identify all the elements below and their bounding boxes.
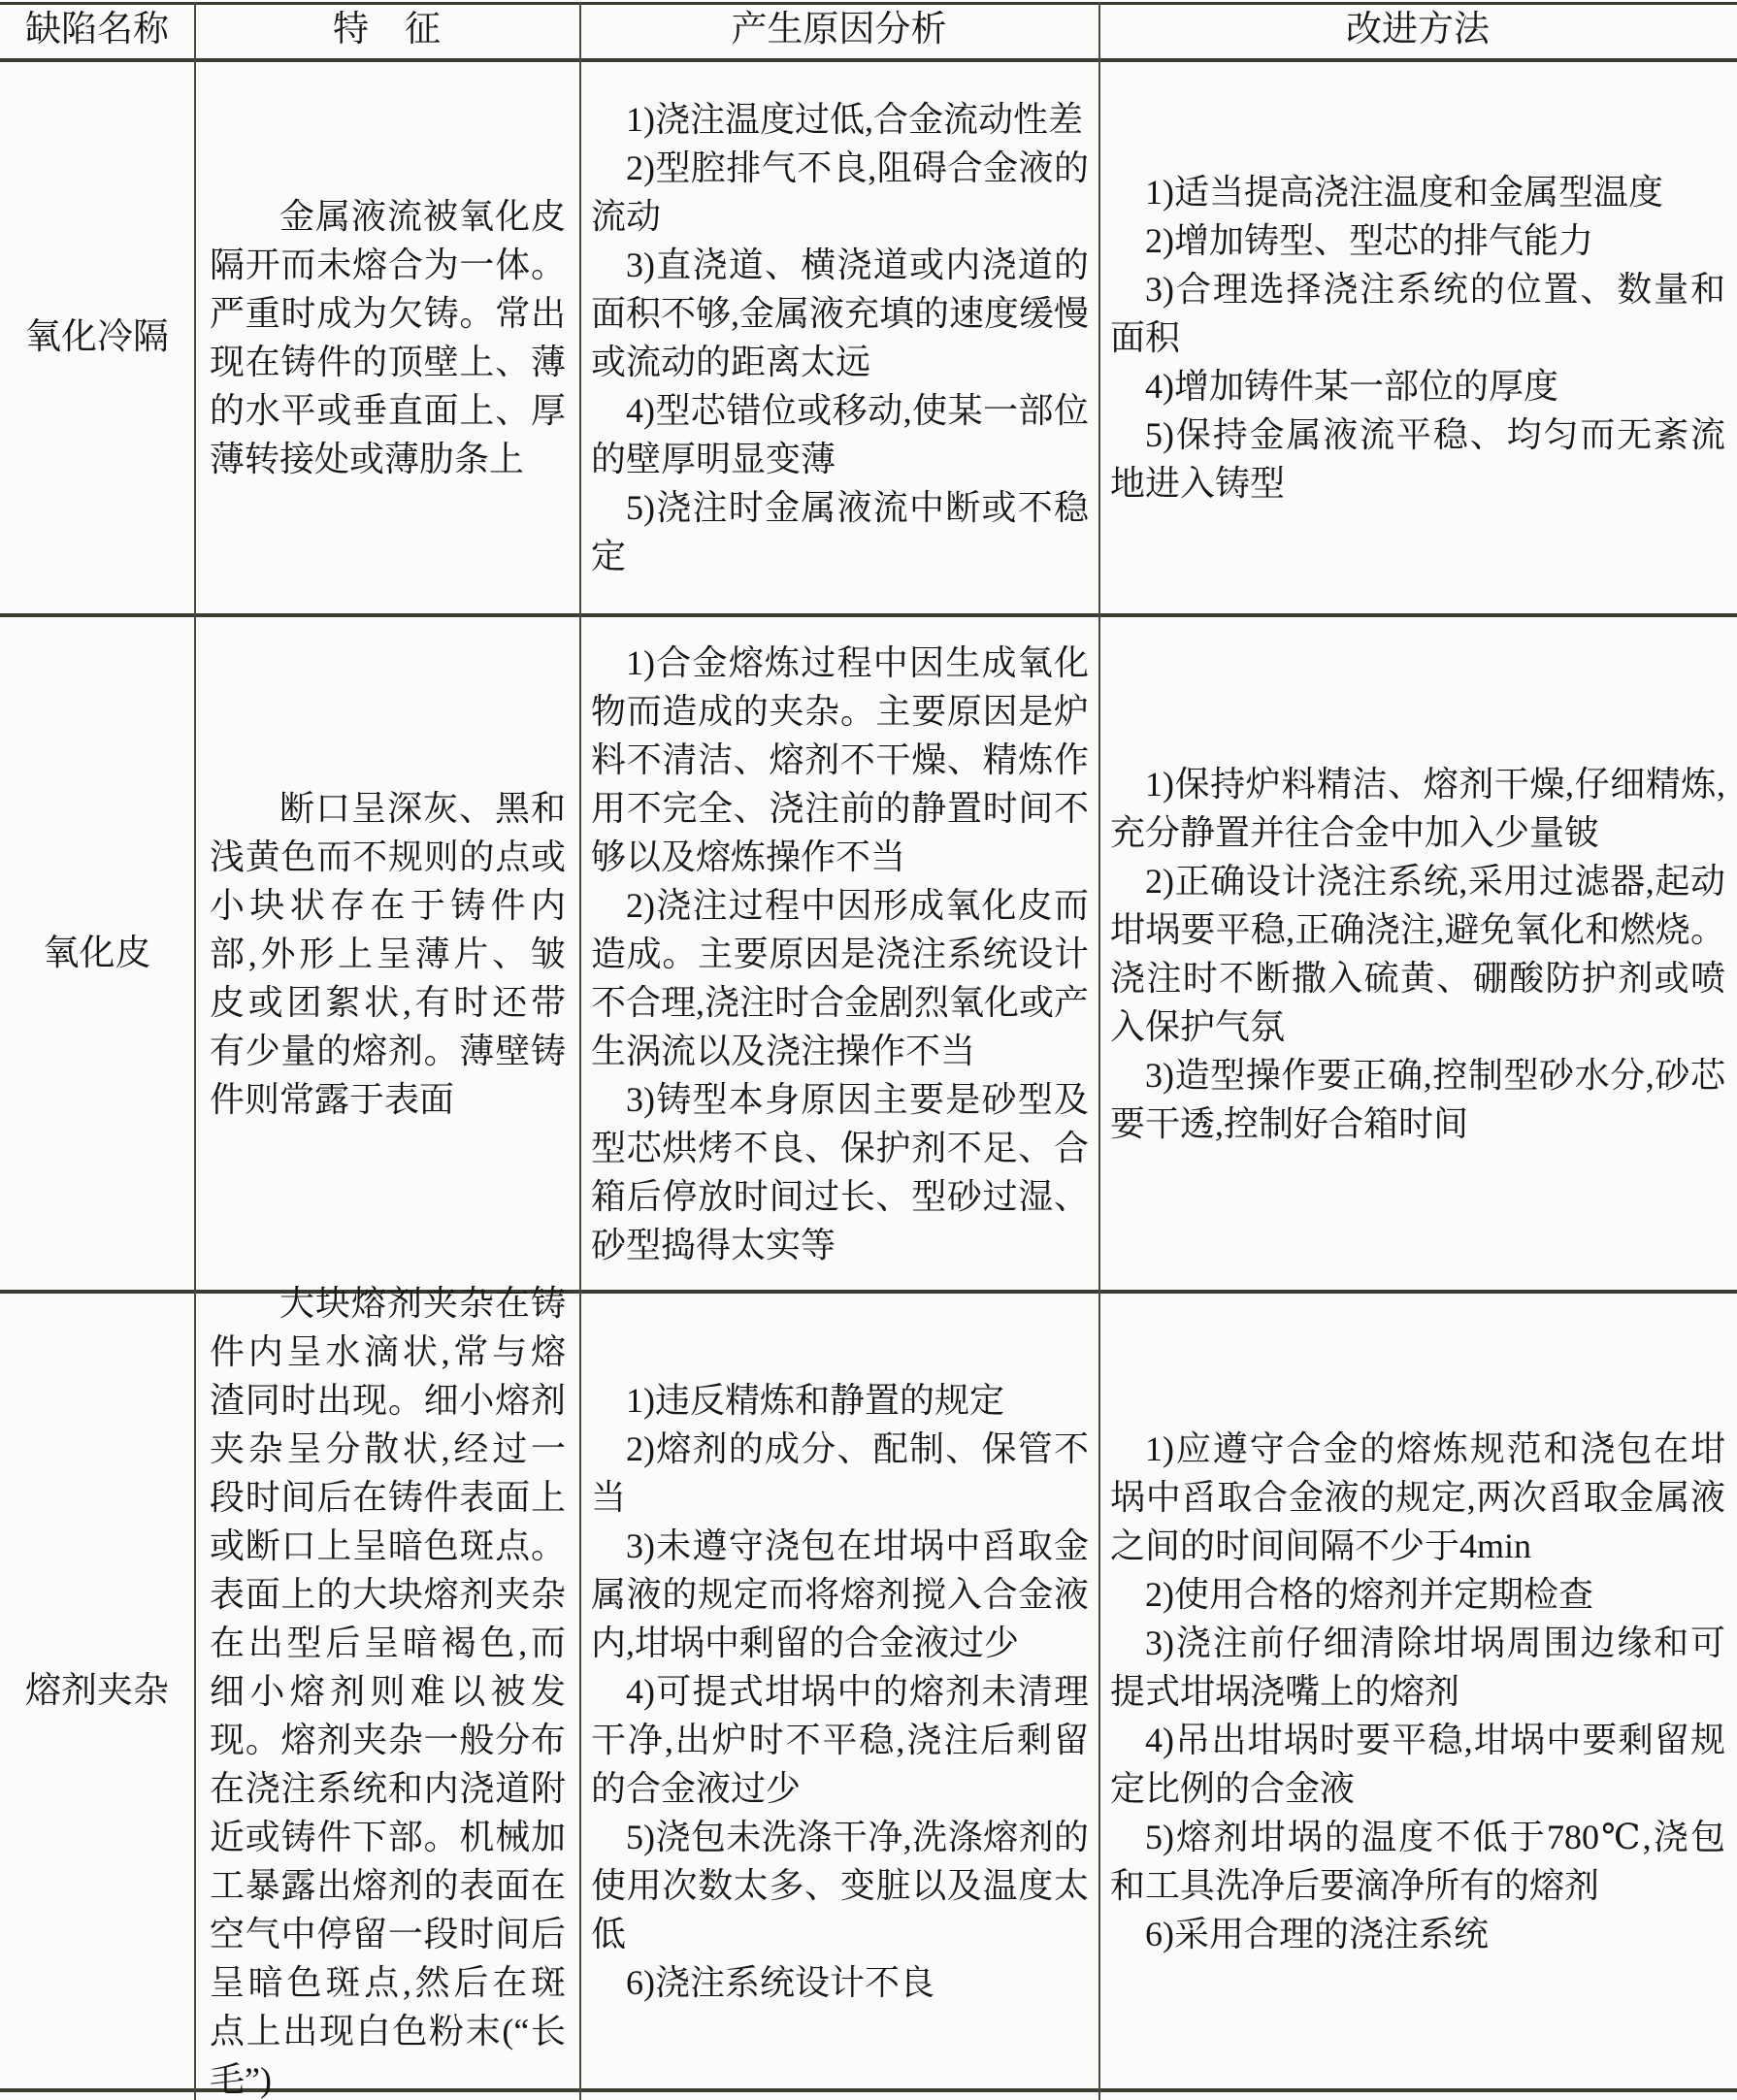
- row2-defect-name: 氧化皮: [44, 932, 151, 976]
- cause-item: 1)浇注温度过低,合金流动性差: [591, 95, 1089, 144]
- header-cell-improvement: 改进方法: [1098, 2, 1737, 58]
- cause-item: 3)未遵守浇包在坩埚中舀取金属液的规定而将熔剂搅入合金液内,坩埚中剩留的合金液过…: [591, 1522, 1089, 1667]
- cause-item: 5)浇注时金属液流中断或不稳定: [591, 483, 1089, 580]
- cause-item: 3)铸型本身原因主要是砂型及型芯烘烤不良、保护剂不足、合箱后停放时间过长、型砂过…: [591, 1075, 1089, 1269]
- improvement-item: 6)采用合理的浇注系统: [1110, 1910, 1725, 1958]
- improvement-item: 2)使用合格的熔剂并定期检查: [1110, 1570, 1725, 1619]
- improvement-item: 4)增加铸件某一部位的厚度: [1110, 362, 1725, 410]
- cause-item: 2)熔剂的成分、配制、保管不当: [591, 1425, 1089, 1522]
- header-cell-cause-analysis: 产生原因分析: [579, 2, 1098, 58]
- row1-causes-cell: 1)浇注温度过低,合金流动性差 2)型腔排气不良,阻碍合金液的流动 3)直浇道、…: [579, 62, 1098, 613]
- cause-item: 2)型腔排气不良,阻碍合金液的流动: [591, 144, 1089, 241]
- improvement-item: 2)正确设计浇注系统,采用过滤器,起动坩埚要平稳,正确浇注,避免氧化和燃烧。浇注…: [1110, 857, 1725, 1051]
- header-cell-defect-name: 缺陷名称: [0, 2, 194, 58]
- header-defect-name-label: 缺陷名称: [25, 11, 169, 49]
- improvement-item: 2)增加铸型、型芯的排气能力: [1110, 216, 1725, 265]
- improvement-item: 3)造型操作要正确,控制型砂水分,砂芯要干透,控制好合箱时间: [1110, 1051, 1725, 1148]
- header-cause-analysis-label: 产生原因分析: [732, 11, 947, 49]
- cause-item: 1)合金熔炼过程中因生成氧化物而造成的夹杂。主要原因是炉料不清洁、熔剂不干燥、精…: [591, 639, 1089, 881]
- row2-feature-cell: 断口呈深灰、黑和浅黄色而不规则的点或小块状存在于铸件内部,外形上呈薄片、皱皮或团…: [194, 617, 579, 1290]
- row1-feature-cell: 金属液流被氧化皮隔开而未熔合为一体。严重时成为欠铸。常出现在铸件的顶壁上、薄的水…: [194, 62, 579, 613]
- improvement-item: 3)合理选择浇注系统的位置、数量和面积: [1110, 265, 1725, 362]
- cause-item: 4)型芯错位或移动,使某一部位的壁厚明显变薄: [591, 386, 1089, 483]
- row2-improvements-cell: 1)保持炉料精洁、熔剂干燥,仔细精炼,充分静置并往合金中加入少量铍 2)正确设计…: [1098, 617, 1737, 1290]
- row3-feature-cell: 大块熔剂夹杂在铸件内呈水滴状,常与熔渣同时出现。细小熔剂夹杂呈分散状,经过一段时…: [194, 1294, 579, 2088]
- cause-item: 5)浇包未洗涤干净,洗涤熔剂的使用次数太多、变脏以及温度太低: [591, 1813, 1089, 1958]
- row1-feature-text: 金属液流被氧化皮隔开而未熔合为一体。严重时成为欠铸。常出现在铸件的顶壁上、薄的水…: [210, 192, 566, 483]
- cause-item: 4)可提式坩埚中的熔剂未清理干净,出炉时不平稳,浇注后剩留的合金液过少: [591, 1667, 1089, 1813]
- cause-item: 3)直浇道、横浇道或内浇道的面积不够,金属液充填的速度缓慢或流动的距离太远: [591, 241, 1089, 386]
- improvement-item: 1)保持炉料精洁、熔剂干燥,仔细精炼,充分静置并往合金中加入少量铍: [1110, 760, 1725, 857]
- row3-improvements-cell: 1)应遵守合金的熔炼规范和浇包在坩埚中舀取合金液的规定,两次舀取金属液之间的时间…: [1098, 1294, 1737, 2088]
- improvement-item: 1)适当提高浇注温度和金属型温度: [1110, 168, 1725, 216]
- row3-feature-text: 大块熔剂夹杂在铸件内呈水滴状,常与熔渣同时出现。细小熔剂夹杂呈分散状,经过一段时…: [210, 1279, 566, 2100]
- header-improvement-label: 改进方法: [1346, 11, 1490, 49]
- row3-causes-cell: 1)违反精炼和静置的规定 2)熔剂的成分、配制、保管不当 3)未遵守浇包在坩埚中…: [579, 1294, 1098, 2088]
- improvement-item: 4)吊出坩埚时要平稳,坩埚中要剩留规定比例的合金液: [1110, 1716, 1725, 1813]
- row3-defect-name-cell: 熔剂夹杂: [0, 1294, 194, 2088]
- cause-item: 6)浇注系统设计不良: [591, 1958, 1089, 2007]
- row2-feature-text: 断口呈深灰、黑和浅黄色而不规则的点或小块状存在于铸件内部,外形上呈薄片、皱皮或团…: [210, 784, 566, 1124]
- improvement-item: 1)应遵守合金的熔炼规范和浇包在坩埚中舀取合金液的规定,两次舀取金属液之间的时间…: [1110, 1425, 1725, 1570]
- improvement-item: 3)浇注前仔细清除坩埚周围边缘和可提式坩埚浇嘴上的熔剂: [1110, 1619, 1725, 1716]
- cause-item: 1)违反精炼和静置的规定: [591, 1376, 1089, 1425]
- header-feature-label: 特 征: [333, 11, 441, 49]
- row1-defect-name: 氧化冷隔: [25, 315, 169, 360]
- improvement-item: 5)熔剂坩埚的温度不低于780℃,浇包和工具洗净后要滴净所有的熔剂: [1110, 1813, 1725, 1910]
- row1-defect-name-cell: 氧化冷隔: [0, 62, 194, 613]
- row3-defect-name: 熔剂夹杂: [25, 1669, 169, 1714]
- improvement-item: 5)保持金属液流平稳、均匀而无紊流地进入铸型: [1110, 410, 1725, 508]
- row1-improvements-cell: 1)适当提高浇注温度和金属型温度 2)增加铸型、型芯的排气能力 3)合理选择浇注…: [1098, 62, 1737, 613]
- casting-defects-table-page: 缺陷名称 特 征 产生原因分析 改进方法 氧化冷隔 金属液流被氧化皮隔开而未熔合…: [0, 0, 1737, 2100]
- row2-defect-name-cell: 氧化皮: [0, 617, 194, 1290]
- header-cell-feature: 特 征: [194, 2, 579, 58]
- row2-causes-cell: 1)合金熔炼过程中因生成氧化物而造成的夹杂。主要原因是炉料不清洁、熔剂不干燥、精…: [579, 617, 1098, 1290]
- cause-item: 2)浇注过程中因形成氧化皮而造成。主要原因是浇注系统设计不合理,浇注时合金剧烈氧…: [591, 881, 1089, 1075]
